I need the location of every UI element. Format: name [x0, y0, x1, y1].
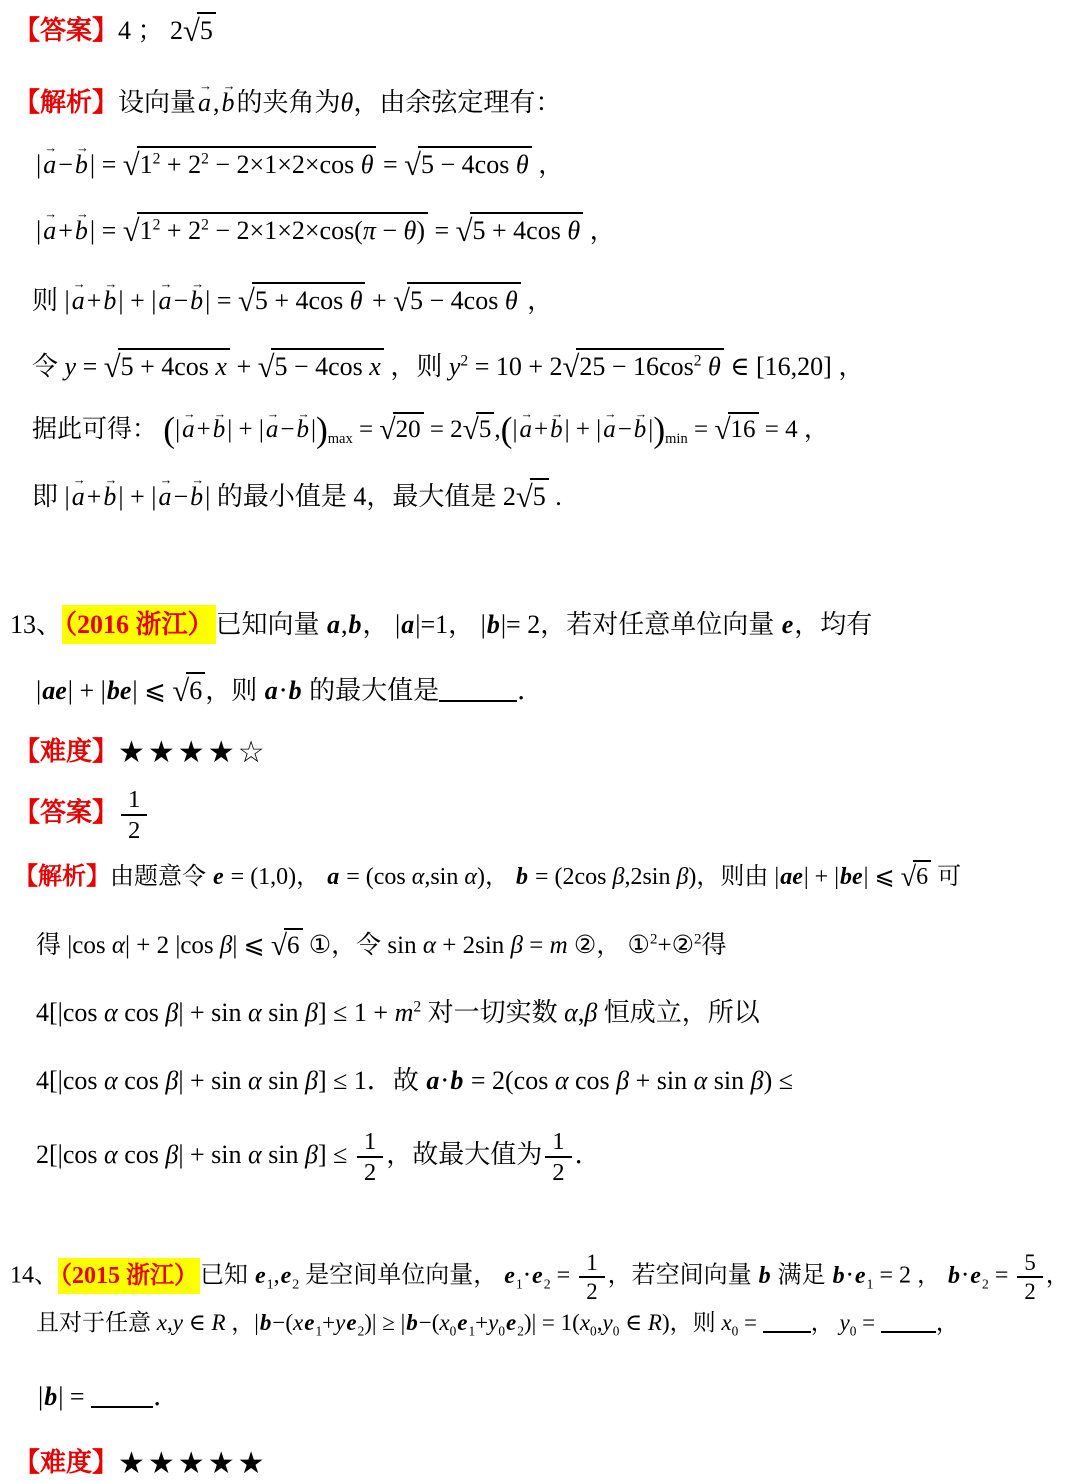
text-run: + 2 — [160, 216, 201, 245]
text-run: ②， ① — [568, 932, 650, 959]
vector: →b — [548, 412, 565, 447]
math-var: β — [165, 1140, 178, 1169]
text-run: 得 — [701, 932, 726, 959]
text-run: 5 — [200, 16, 213, 45]
text-run: = — [688, 416, 715, 443]
radicand: 5 — [530, 478, 549, 514]
answer-q12: 【答案】4 ； 2√5 — [14, 12, 216, 48]
text-run: ， — [936, 1310, 959, 1335]
text-run: | + | — [227, 416, 264, 443]
math-vector-var: a — [400, 610, 415, 639]
text-run: ) — [416, 216, 425, 245]
text-run: 2 — [128, 817, 140, 844]
text-run: 13、 — [10, 610, 62, 639]
question-14-line3: |b| = ． — [38, 1380, 179, 1414]
math-var: y — [488, 1310, 498, 1335]
radicand: 6 — [913, 860, 931, 893]
text-run: 5 + 4cos — [473, 216, 568, 245]
answer-q13: 【答案】12 — [14, 786, 150, 844]
vector-arrow-icon: → — [223, 78, 236, 95]
math-vector-var: e — [456, 1310, 468, 1335]
vector: →b — [101, 282, 118, 318]
text-run: = (2cos — [529, 864, 613, 890]
subscript: min — [665, 431, 688, 447]
text-run: 5 — [1024, 1250, 1035, 1275]
subscript: 2 — [517, 1324, 524, 1339]
text-run: ①，令 sin — [303, 932, 423, 959]
radicand: 5 − 4cos x — [271, 348, 383, 384]
text-run: 且对于任意 — [36, 1310, 157, 1335]
formula-q13-3: 4[|cos α cos β| + sin α sin β] ≤ 1．故 a⋅b… — [36, 1064, 793, 1098]
text-run: | = — [205, 286, 238, 315]
fraction: 12 — [357, 1128, 383, 1186]
text-run: 6 — [287, 932, 300, 959]
text-run: + — [197, 416, 211, 443]
math-var: y — [173, 1310, 183, 1335]
math-vector-var: b — [348, 610, 363, 639]
math-vector-var: e — [345, 1310, 357, 1335]
text-run: = (cos — [340, 864, 412, 890]
text-run: 令 — [32, 352, 65, 381]
math-var: β — [676, 864, 688, 890]
radicand: 12 + 22 − 2×1×2×cos(π − θ) — [137, 212, 428, 248]
fraction: 12 — [545, 1128, 571, 1186]
highlight-tag: （2016 浙江） — [62, 605, 216, 644]
math-var: α — [104, 998, 118, 1027]
sqrt-radical: √12 + 22 − 2×1×2×cos(π − θ) — [123, 212, 428, 248]
text-run: + — [322, 1310, 335, 1335]
vector-arrow-icon: → — [551, 406, 564, 422]
math-var: α — [248, 998, 262, 1027]
text-run: −( — [419, 1310, 440, 1335]
vector-arrow-icon: → — [604, 406, 617, 422]
text-run: , — [341, 610, 348, 639]
math-var: β — [165, 1066, 178, 1095]
text-run: + — [475, 1310, 488, 1335]
text-run: − — [58, 150, 73, 179]
sqrt-radical: √20 — [379, 412, 423, 447]
vector-arrow-icon: → — [44, 206, 57, 223]
math-vector-var: e — [505, 1310, 517, 1335]
vector: →a — [156, 282, 173, 318]
math-var: x — [293, 1310, 303, 1335]
text-run: = 2 ， — [873, 1263, 947, 1289]
math-var: θ — [516, 150, 529, 179]
vector-arrow-icon: → — [73, 472, 86, 489]
text-run: 已知向量 — [216, 610, 327, 639]
text-run: 5 − 4cos — [421, 150, 516, 179]
text-run: = — [738, 1310, 762, 1335]
math-vector-var: be — [106, 676, 133, 705]
math-var: θ — [341, 88, 354, 117]
text-run: 则 | — [32, 286, 70, 315]
math-var: x — [439, 1310, 449, 1335]
math-var: x — [580, 1310, 590, 1335]
math-var: α — [104, 1066, 118, 1095]
text-run: , — [274, 1263, 280, 1289]
math-var: π — [363, 216, 376, 245]
radicand: 5 − 4cos θ — [407, 282, 521, 318]
math-vector-var: e — [781, 610, 795, 639]
text-run: 1 — [586, 1250, 597, 1275]
radicand: 6 — [284, 928, 303, 963]
text-run: cos — [118, 1066, 166, 1095]
text-run: ∈ — [619, 1310, 648, 1335]
text-run: )，则由 | — [688, 864, 779, 890]
text-run: 5 — [533, 482, 546, 511]
sqrt-radical: √12 + 22 − 2×1×2×cos θ — [123, 146, 377, 182]
question-14-line2: 且对于任意 x,y ∈ R ，|b−(xe1+ye2)| ≥ |b−(x0e1+… — [36, 1308, 959, 1340]
math-vector-var: b — [486, 610, 501, 639]
math-vector-var: e — [531, 1263, 544, 1289]
analysis-q13: 【解析】由题意令 e = (1,0)， a = (cos α,sin α)， b… — [14, 860, 961, 893]
numerator: 1 — [545, 1128, 571, 1158]
text-run: | = — [90, 150, 123, 179]
math-var: β — [511, 932, 523, 959]
radicand: 5 + 4cos θ — [470, 212, 584, 248]
math-var: y — [335, 1310, 345, 1335]
text-run: . — [549, 482, 562, 511]
vector: →b — [101, 478, 118, 514]
fraction: 12 — [579, 1250, 604, 1304]
vector: →a — [601, 412, 618, 447]
text-run: − — [618, 416, 632, 443]
text-run: ⋅ — [846, 1263, 854, 1289]
text-run: + sin — [629, 1066, 694, 1095]
text-run: |=1， | — [415, 610, 486, 639]
text-run: | + 2 |cos — [125, 932, 220, 959]
text-run: 1 — [364, 1128, 376, 1155]
text-run: )| = 1( — [524, 1310, 580, 1335]
vector-arrow-icon: → — [104, 472, 117, 489]
subscript: 0 — [590, 1324, 597, 1339]
text-run: 6 — [189, 676, 202, 705]
denominator: 2 — [128, 816, 140, 844]
text-run: cos — [568, 1066, 616, 1095]
math-var: β — [305, 998, 318, 1027]
radicand: 5 — [476, 412, 495, 447]
text-run: 25 − 16cos — [579, 352, 693, 381]
section-label: 【难度】 — [14, 1448, 118, 1477]
math-vector-var: ae — [41, 676, 68, 705]
vector-arrow-icon: → — [160, 472, 173, 489]
math-var: α — [248, 1140, 262, 1169]
text-run: + — [534, 416, 548, 443]
subscript: max — [328, 431, 353, 447]
difficulty-stars: ★★★★☆ — [118, 735, 267, 770]
text-run: ,2sin — [624, 864, 676, 890]
math-vector-var: b — [758, 1263, 772, 1289]
math-var: α — [694, 1066, 708, 1095]
answer-blank — [91, 1380, 153, 1408]
vector: →a — [70, 478, 87, 514]
subscript: 2 — [982, 1277, 989, 1292]
vector: →b — [632, 412, 649, 447]
text-run: ] ≤ — [318, 1140, 354, 1169]
text-run: ，故最大值为 — [386, 1140, 542, 1169]
sqrt-radical: √5 — [463, 412, 495, 447]
math-var: β — [305, 1140, 318, 1169]
vector: →b — [188, 478, 205, 514]
math-vector-var: b — [515, 864, 529, 890]
text-run: cos — [118, 1140, 166, 1169]
answer-blank — [881, 1308, 936, 1333]
denominator: 2 — [1024, 1278, 1035, 1304]
text-run: 1 — [128, 786, 140, 813]
radicand: 5 + 4cos θ — [252, 282, 366, 318]
sqrt-radical: √5 + 4cos θ — [238, 282, 365, 318]
vector: →a — [196, 84, 213, 120]
text-run: 16 — [731, 416, 756, 443]
text-run: 4[|cos — [36, 1066, 104, 1095]
formula-q13-2: 4[|cos α cos β| + sin α sin β] ≤ 1 + m2 … — [36, 996, 760, 1030]
sqrt-radical: √5 − 4cos x — [258, 348, 384, 384]
sqrt-radical: √5 + 4cos x — [104, 348, 230, 384]
math-var: R — [211, 1310, 225, 1335]
text-run: cos — [118, 998, 166, 1027]
text-run: | + | — [565, 416, 602, 443]
text-run: ， — [1046, 1263, 1070, 1289]
text-run: ， — [532, 150, 565, 179]
text-run: | + sin — [178, 1066, 248, 1095]
vector: →b — [211, 412, 228, 447]
denominator: 2 — [552, 1158, 564, 1186]
text-run: )| ≥ | — [364, 1310, 405, 1335]
text-run: + — [230, 352, 258, 381]
text-run: ) ≤ — [764, 1066, 793, 1095]
math-var: β — [584, 998, 597, 1027]
text-run: ] ≤ 1 + — [318, 998, 395, 1027]
math-var: α — [464, 864, 477, 890]
big-paren: ( — [163, 409, 175, 449]
text-run: 的夹角为 — [237, 88, 341, 117]
text-run: ⋅ — [961, 1263, 969, 1289]
vector-arrow-icon: → — [44, 140, 57, 157]
text-run: − — [173, 286, 188, 315]
sqrt-radical: √6 — [271, 928, 303, 963]
math-var: y — [449, 352, 461, 381]
text-run: | + sin — [178, 998, 248, 1027]
sqrt-radical: √5 + 4cos θ — [456, 212, 583, 248]
analysis-q12: 【解析】设向量→a,→b的夹角为θ，由余弦定理有： — [14, 84, 561, 120]
math-vector-var: a — [264, 676, 279, 705]
section-label: 【难度】 — [14, 737, 118, 766]
text-run: | = — [58, 1382, 91, 1411]
difficulty-q13: 【难度】★★★★☆ — [14, 733, 268, 772]
text-run: sin — [262, 998, 305, 1027]
vector-arrow-icon: → — [635, 406, 648, 422]
sqrt-radical: √16 — [714, 412, 758, 447]
question-14: 14、（2015 浙江）已知 e1,e2 是空间单位向量， e1⋅e2 = 12… — [10, 1250, 1070, 1304]
vector: →a — [41, 146, 58, 182]
math-vector-var: e — [969, 1263, 982, 1289]
text-run: ，则 — [205, 676, 264, 705]
text-run: +② — [657, 932, 694, 959]
math-var: β — [165, 998, 178, 1027]
formula-q12-1: |→a−→b| = √12 + 22 − 2×1×2×cos θ = √5 − … — [36, 146, 564, 182]
text-run: 1 — [552, 1128, 564, 1155]
text-run: | ⩽ — [232, 932, 270, 959]
text-run: ，则 — [384, 352, 449, 381]
math-var: R — [648, 1310, 662, 1335]
radicand: 6 — [186, 672, 205, 708]
text-run: ， | — [363, 610, 401, 639]
vector: →a — [180, 412, 197, 447]
vector: →b — [220, 84, 237, 120]
math-document: 【答案】4 ； 2√5【解析】设向量→a,→b的夹角为θ，由余弦定理有：|→a−… — [0, 0, 1075, 1481]
text-run: = 2(cos — [464, 1066, 554, 1095]
math-var: α — [248, 1066, 262, 1095]
radicand: 5 — [197, 12, 216, 48]
math-var: m — [395, 998, 414, 1027]
math-var: y — [840, 1310, 850, 1335]
section-label: 【答案】 — [14, 798, 118, 827]
vector: →b — [73, 146, 90, 182]
text-run: 据此可得： — [32, 416, 163, 443]
text-run: = — [428, 216, 456, 245]
superscript: 2 — [694, 352, 702, 369]
text-run: ，| — [226, 1310, 259, 1335]
vector: →b — [188, 282, 205, 318]
text-run: ⋅ — [523, 1263, 531, 1289]
text-run: + 2sin — [436, 932, 511, 959]
sqrt-radical: √6 — [901, 860, 932, 893]
math-vector-var: e — [503, 1263, 516, 1289]
math-var: β — [612, 864, 624, 890]
question-13-line2: |ae| + |be| ⩽ √6，则 a⋅b 的最大值是 ． — [36, 672, 543, 708]
formula-q13-1: 得 |cos α| + 2 |cos β| ⩽ √6 ①，令 sin α + 2… — [36, 928, 727, 963]
sqrt-radical: √5 − 4cos θ — [393, 282, 520, 318]
text-run: )，则 — [662, 1310, 721, 1335]
text-run: | = — [90, 216, 123, 245]
vector: →a — [70, 282, 87, 318]
formula-q12-6: 即 |→a+→b| + |→a−→b| 的最小值是 4，最大值是 2√5 . — [32, 478, 562, 514]
radicand: 25 − 16cos2 θ — [576, 348, 723, 384]
answer-blank — [763, 1308, 811, 1333]
formula-q13-4: 2[|cos α cos β| + sin α sin β] ≤ 12，故最大值… — [36, 1128, 601, 1186]
numerator: 1 — [121, 786, 147, 816]
vector: →b — [73, 212, 90, 248]
math-vector-var: b — [832, 1263, 846, 1289]
vector-arrow-icon: → — [160, 276, 173, 293]
text-run: 得 |cos — [36, 932, 112, 959]
big-paren: ) — [653, 409, 665, 449]
text-run: | + | — [118, 286, 156, 315]
math-var: β — [220, 932, 232, 959]
math-var: β — [305, 1066, 318, 1095]
difficulty-q14: 【难度】★★★★★ — [14, 1444, 268, 1481]
text-run: )， — [477, 864, 515, 890]
text-run: 5 + 4cos — [121, 352, 216, 381]
text-run: 由题意令 — [110, 864, 212, 890]
math-var: x — [157, 1310, 167, 1335]
text-run: 14、 — [10, 1263, 58, 1289]
text-run: = 2 — [424, 416, 463, 443]
math-vector-var: b — [43, 1382, 58, 1411]
math-vector-var: e — [254, 1263, 267, 1289]
text-run: − 2×1×2×cos( — [209, 216, 363, 245]
text-run: 2 — [364, 1159, 376, 1186]
text-run: ，由余弦定理有： — [353, 88, 561, 117]
formula-q12-3: 则 |→a+→b| + |→a−→b| = √5 + 4cos θ + √5 −… — [32, 282, 553, 318]
text-run: 5 − 4cos — [410, 286, 505, 315]
numerator: 1 — [579, 1250, 604, 1278]
text-run: ⋅ — [440, 1066, 449, 1095]
text-run: − — [376, 216, 404, 245]
text-run: | + | — [804, 864, 839, 890]
vector-arrow-icon: → — [104, 276, 117, 293]
math-var: y — [65, 352, 77, 381]
superscript: 2 — [413, 998, 421, 1015]
text-run: + — [365, 286, 393, 315]
text-run: ， — [811, 1310, 840, 1335]
text-run: 2 — [586, 1279, 597, 1304]
text-run: 设向量 — [118, 88, 196, 117]
text-run: = — [523, 932, 550, 959]
text-run: |= 2，若对任意单位向量 — [501, 610, 781, 639]
math-var: x — [215, 352, 227, 381]
sqrt-radical: √5 — [183, 12, 216, 48]
vector-arrow-icon: → — [76, 140, 89, 157]
text-run: 5 + 4cos — [255, 286, 350, 315]
text-run: + — [58, 216, 73, 245]
fraction: 12 — [121, 786, 147, 844]
text-run: = — [76, 352, 104, 381]
math-var: α — [112, 932, 125, 959]
text-run: sin — [262, 1140, 305, 1169]
section-label: 【解析】 — [14, 864, 110, 890]
text-run: | ⩽ — [132, 676, 172, 705]
text-run: ⋅ — [279, 676, 288, 705]
superscript: 2 — [201, 150, 209, 167]
big-paren: ( — [501, 409, 513, 449]
math-var: θ — [404, 216, 417, 245]
text-run: | + | — [118, 482, 156, 511]
math-vector-var: e — [303, 1310, 315, 1335]
vector-arrow-icon: → — [191, 472, 204, 489]
text-run: 5 − 4cos — [274, 352, 369, 381]
vector-arrow-icon: → — [183, 406, 196, 422]
vector-arrow-icon: → — [267, 406, 280, 422]
math-vector-var: b — [947, 1263, 961, 1289]
math-vector-var: be — [839, 864, 864, 890]
vector: →a — [517, 412, 534, 447]
vector-arrow-icon: → — [297, 406, 310, 422]
text-run: 2 — [1024, 1279, 1035, 1304]
radicand: 20 — [393, 412, 424, 447]
text-run: = — [856, 1310, 880, 1335]
math-vector-var: a — [326, 864, 340, 890]
formula-q12-2: |→a+→b| = √12 + 22 − 2×1×2×cos(π − θ) = … — [36, 212, 616, 248]
math-vector-var: e — [212, 864, 225, 890]
text-run: = — [376, 150, 404, 179]
vector-arrow-icon: → — [76, 206, 89, 223]
denominator: 2 — [586, 1278, 597, 1304]
text-run: | ⩽ — [864, 864, 901, 890]
text-run: 即 | — [32, 482, 70, 511]
text-run: = (1,0)， — [225, 864, 327, 890]
fraction: 52 — [1017, 1250, 1042, 1304]
math-vector-var: b — [405, 1310, 419, 1335]
text-run: ∈ — [183, 1310, 212, 1335]
text-run: 可 — [931, 864, 961, 890]
vector-arrow-icon: → — [73, 276, 86, 293]
math-vector-var: ae — [779, 864, 804, 890]
section-label: 【答案】 — [14, 16, 118, 45]
text-run: + — [87, 286, 102, 315]
formula-q12-5: 据此可得： (|→a+→b| + |→a−→b|)max = √20 = 2√5… — [32, 412, 829, 449]
big-paren: ) — [316, 409, 328, 449]
